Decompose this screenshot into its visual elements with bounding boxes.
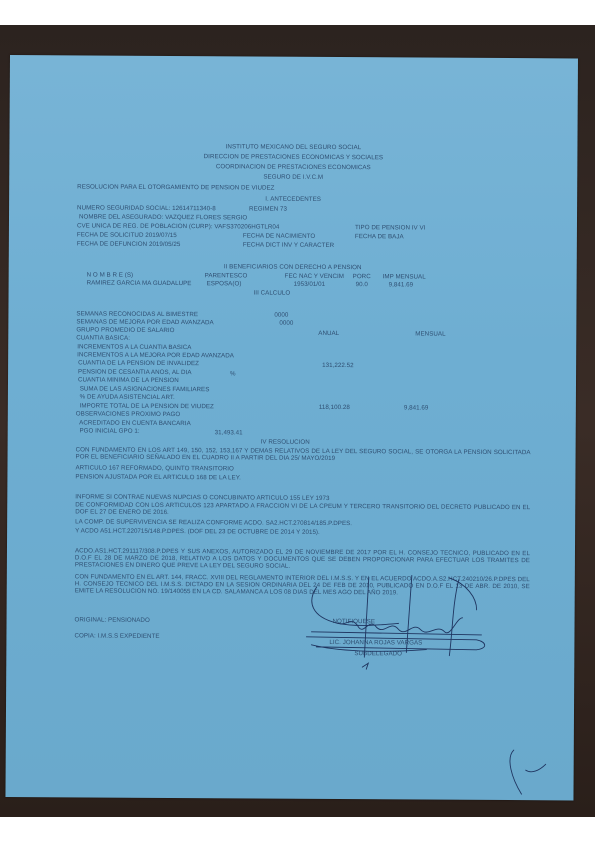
ajustada-line: PENSION AJUSTADA POR EL ARTICULO 168 DE … [75,473,241,481]
calc-item: PGO INICIAL GPO 1: [78,427,140,434]
row-porc: 90.0 [356,281,368,288]
col-parentesco: PARENTESCO [205,272,248,279]
calc-item: PENSION DE CESANTIA ANOS, AL DIA [78,368,192,376]
row-fecnac: 1953/01/01 [294,281,326,288]
institution-name: INSTITUTO MEXICANO DEL SEGURO SOCIAL [9,142,577,152]
grupo-promedio-label: GRUPO PROMEDIO DE SALARIO [76,326,174,334]
row-nombre: RAMIREZ GARCIA MA GUADALUPE [87,279,192,287]
calc-item: SUMA DE LAS ASIGNACIONES FAMILIARES [78,385,209,393]
semanas-reconocidas-label: SEMANAS RECONOCIDAS AL BIMESTRE [76,310,198,318]
calc-item: CUANTIA DE LA PENSION DE INVALIDEZ [78,359,199,367]
calc-item: OBSERVACIONES PROXIMO PAGO [76,410,180,418]
resolucion-paragraph-3: ACDO.AS1.HCT.291117/308.P.DPES Y SUS ANE… [75,547,530,571]
direction-name: DIRECCION DE PRESTACIONES ECONOMICAS Y S… [9,152,577,162]
articulo-line: ARTICULO 167 REFORMADO, QUINTO TRANSITOR… [75,464,233,472]
percent-sign: % [230,370,236,377]
col-imp-mensual: IMP MENSUAL [383,273,426,280]
col-fecnac: FEC NAC Y VENCIM [285,273,344,280]
original-line: ORIGINAL: PENSIONADO [75,616,150,623]
curp-field: CVE UNICA DE REG. DE POBLACION (CURP): V… [77,222,280,230]
calc-item: INCREMENTOS A LA CUANTIA BASICA [77,343,191,351]
dict-date-label: FECHA DICT INV Y CARACTER [243,241,334,249]
semanas-reconocidas-value: 0000 [274,312,288,319]
signer-title: SUBDELEGADO [354,650,402,657]
resolucion-paragraph-1: CON FUNDAMENTO EN LOS ART 149, 150, 152,… [76,446,531,463]
row-imp-mensual: 9,841.69 [389,281,414,288]
pago-inicial-value: 31,493.41 [215,429,243,436]
total-anual-value: 118,100.28 [319,404,350,411]
col-porc: PORC [353,273,371,280]
calc-item: ACREDITADO EN CUENTA BANCARIA [78,419,191,427]
col-nombre: N O M B R E (S) [87,271,134,278]
comp-line: LA COMP. DE SUPERVIVENCIA SE REALIZA CON… [75,518,352,527]
semanas-mejora-label: SEMANAS DE MEJORA POR EDAD AVANZADA [76,318,213,326]
calc-item: CUANTIA MINIMA DE LA PENSION [78,376,179,384]
semanas-mejora-value: 0000 [279,320,293,327]
row-parentesco: ESPOSA(O) [207,280,242,287]
copia-line: COPIA: I.M.S.S EXPEDIENTE [74,632,159,640]
calculo-heading: III CALCULO [254,289,291,296]
col-mensual: MENSUAL [415,330,445,337]
insurance-type: SEGURO DE I.V.C.M [9,172,577,182]
acdo-line: Y ACDO A51.HCT.220715/148.P.DPES. (DOF D… [75,527,320,535]
total-mensual-value: 9,841.69 [404,404,429,411]
birth-date-label: FECHA DE NACIMIENTO [243,232,315,239]
death-date-field: FECHA DE DEFUNCION 2019/05/25 [77,240,181,248]
document-sheet: INSTITUTO MEXICANO DEL SEGURO SOCIAL DIR… [5,55,578,800]
pension-type-field: TIPO DE PENSION IV VI [355,224,426,231]
regimen-field: REGIMEN 73 [249,205,287,212]
signer-name: LIC. JOHANNA ROJAS VARGAS [329,639,422,647]
invalidez-anual-value: 131,222.52 [322,362,354,369]
resolution-title: RESOLUCION PARA EL OTORGAMIENTO DE PENSI… [77,183,274,191]
calc-item: % DE AYUDA ASISTENCIAL ART. [78,393,175,401]
calc-item: INCREMENTOS A LA MEJORA POR EDAD AVANZAD… [77,351,234,359]
notifiquese-label: NOTIFIQUESE [333,618,376,625]
col-anual: ANUAL [318,330,339,337]
insured-name-field: NOMBRE DEL ASEGURADO: VAZQUEZ FLORES SER… [79,213,247,221]
coordination-name: COORDINACION DE PRESTACIONES ECONOMICAS [9,162,577,172]
request-date-field: FECHA DE SOLICITUD 2019/07/15 [77,231,177,239]
nss-field: NUMERO SEGURIDAD SOCIAL: 12614711340-8 [77,204,216,212]
resolucion-paragraph-2: DE CONFORMIDAD CON LOS ARTICULOS 123 APA… [75,501,530,518]
leave-date-label: FECHA DE BAJA [355,233,404,240]
calc-item: IMPORTE TOTAL DE LA PENSION DE VIUDEZ [78,402,214,410]
resolucion-paragraph-4: CON FUNDAMENTO EN EL ART. 144, FRACC. XV… [75,573,530,597]
antecedentes-heading: I. ANTECEDENTES [9,194,577,204]
calc-item: CUANTIA BASICA: [76,334,130,341]
resolucion-heading: IV RESOLUCION [261,439,310,446]
